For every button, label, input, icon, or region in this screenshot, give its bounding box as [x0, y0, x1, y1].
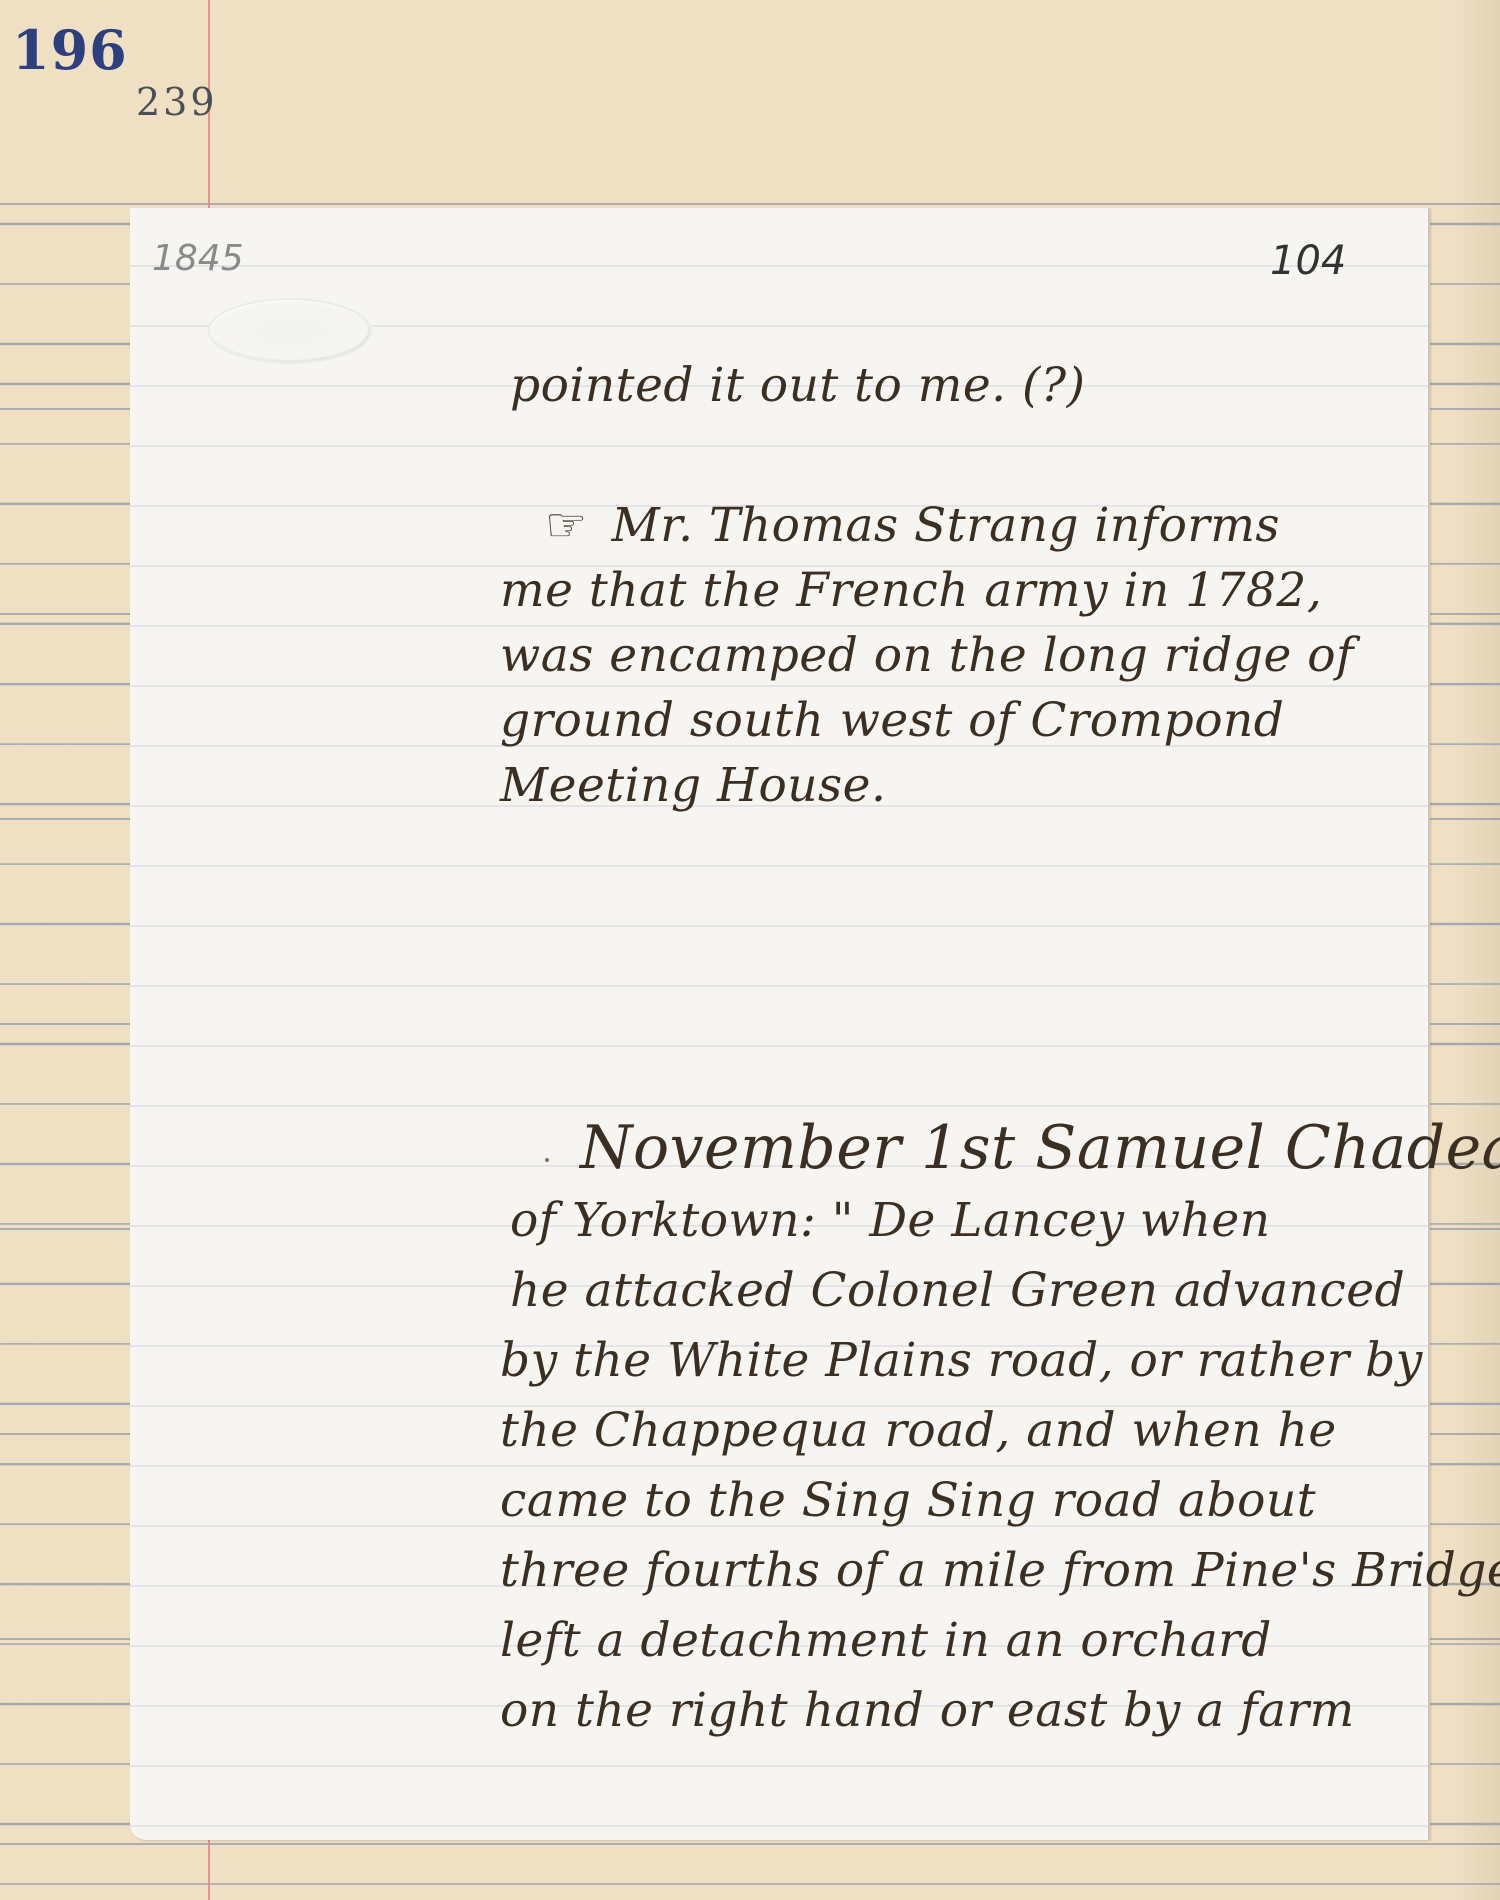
manuscript-line: left a detachment in an orchard — [500, 1613, 1272, 1668]
manuscript-line-text: November 1st Samuel Chadeayne — [580, 1113, 1500, 1183]
manuscript-line-text: Mr. Thomas Strang informs — [612, 498, 1280, 553]
folio-number: 239 — [136, 80, 218, 124]
archive-stamp-number: 196 — [12, 18, 128, 82]
manuscript-line: ground south west of Crompond — [500, 693, 1284, 748]
page-number: 104 — [1270, 238, 1346, 284]
manuscript-line: on the right hand or east by a farm — [500, 1683, 1355, 1738]
manuscript-line: was encamped on the long ridge of — [500, 628, 1354, 683]
manuscript-line: ☞Mr. Thomas Strang informs — [545, 498, 1280, 553]
manuscript-sheet: 1845 104 pointed it out to me. (?) ☞Mr. … — [130, 208, 1430, 1840]
manicule-icon: ☞ — [545, 498, 588, 553]
embossed-seal-icon — [208, 298, 372, 364]
manuscript-line: three fourths of a mile from Pine's Brid… — [500, 1543, 1500, 1598]
manuscript-line: pointed it out to me. (?) — [510, 358, 1085, 413]
manuscript-line: he attacked Colonel Green advanced — [510, 1263, 1405, 1318]
manuscript-line: of Yorktown: " De Lancey when — [510, 1193, 1271, 1248]
manuscript-line: the Chappequa road, and when he — [500, 1403, 1337, 1458]
manuscript-line: November 1st Samuel Chadeayne — [580, 1113, 1500, 1183]
manuscript-line: came to the Sing Sing road about — [500, 1473, 1316, 1528]
pencil-year-annotation: 1845 — [152, 238, 244, 279]
manuscript-line: me that the French army in 1782, — [500, 563, 1322, 618]
manuscript-line: by the White Plains road, or rather by — [500, 1333, 1423, 1388]
manuscript-line: Meeting House. — [500, 758, 886, 813]
ink-dot — [545, 1158, 549, 1162]
